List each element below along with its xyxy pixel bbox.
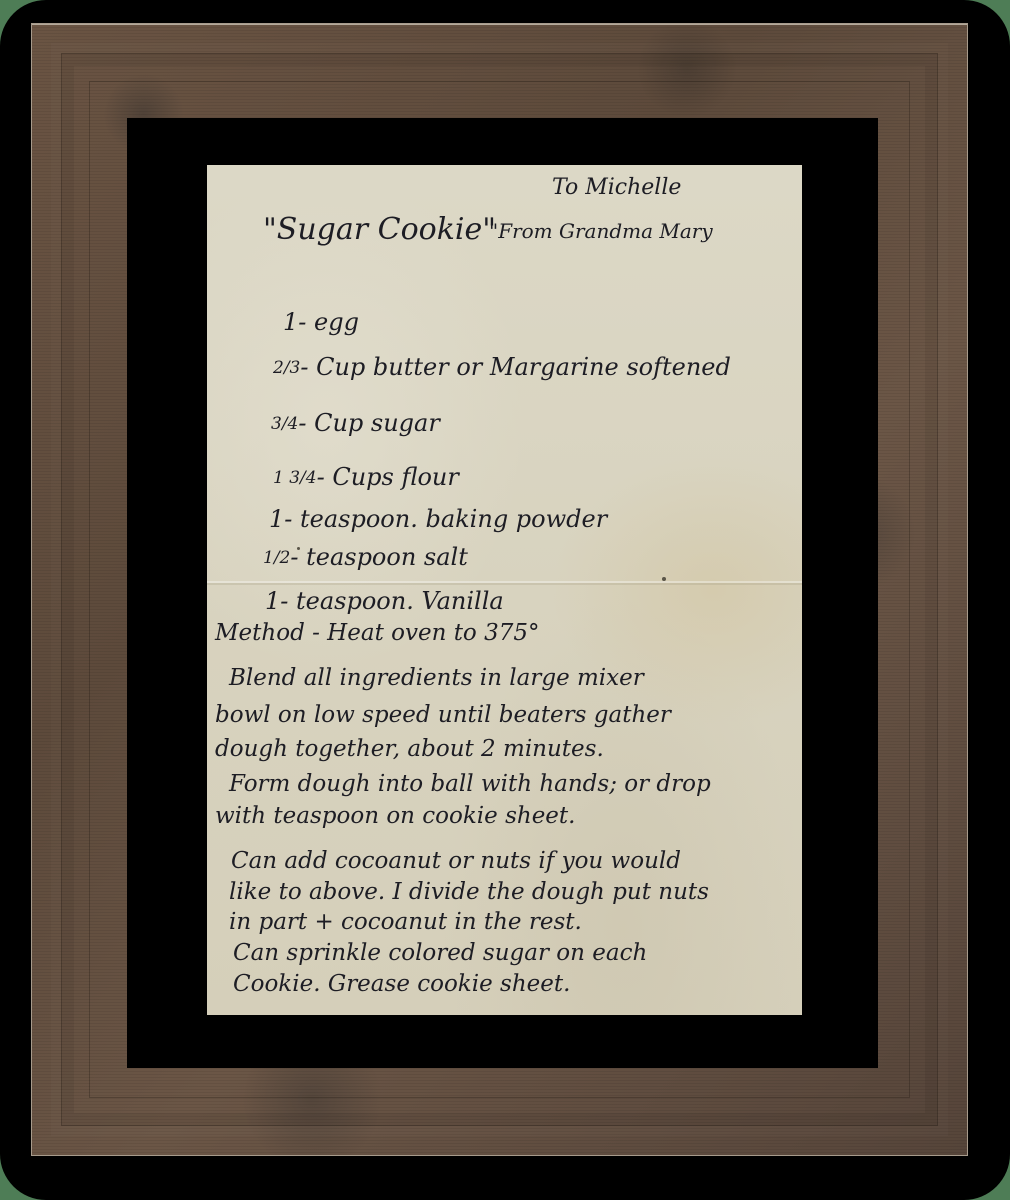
method-line: bowl on low speed until beaters gather [215,704,671,727]
ingredient-text: - egg [298,308,359,336]
ingredient-qty: 3/4 [271,417,298,432]
ingredient-text: - Cup butter or Margarine softened [300,353,731,381]
ingredient-text: - Cups flour [317,463,459,491]
method-line: Blend all ingredients in large mixer [229,667,644,690]
ingredient-qty: 1 [283,308,298,336]
dedication-from: "From Grandma Mary [489,221,713,241]
ingredient-qty: 1/2 [263,551,290,566]
ingredient-line: 3/4- Cup sugar [271,411,440,435]
ingredient-line: 1 3/4- Cups flour [273,465,459,489]
method-line: dough together, about 2 minutes. [215,738,604,761]
note-line: in part + cocoanut in the rest. [229,911,582,934]
ingredient-text: - teaspoon. Vanilla [280,587,503,615]
ingredient-text: - teaspoon salt [290,543,468,571]
note-line: Can add cocoanut or nuts if you would [231,850,681,873]
recipe-card: To Michelle "Sugar Cookie" "From Grandma… [207,165,802,1015]
ingredient-line: 1- teaspoon. Vanilla [265,589,504,613]
method-line: with teaspoon on cookie sheet. [215,805,575,828]
ingredient-line: 2/3- Cup butter or Margarine softened [273,355,731,379]
paper-speck [662,577,666,581]
ingredient-qty: 2/3 [273,361,300,376]
ingredient-line: 1- egg [283,310,359,334]
method-heading: Method - Heat oven to 375° [215,622,540,645]
ingredient-qty: 1 [269,505,284,533]
note-line: Cookie. Grease cookie sheet. [233,973,570,996]
note-line: Can sprinkle colored sugar on each [233,942,647,965]
ingredient-text: - teaspoon. baking powder [284,505,607,533]
paper-fold-line [207,581,802,583]
ingredient-line: 1- teaspoon. baking powder [269,507,607,531]
dedication-to: To Michelle [552,177,681,199]
ingredient-line: 1/2- teaspoon salt [263,545,468,569]
note-line: like to above. I divide the dough put nu… [229,881,709,904]
method-line: Form dough into ball with hands; or drop [229,773,711,796]
ingredient-qty: 1 3/4 [273,471,317,486]
ingredient-qty: 1 [265,587,280,615]
ingredient-text: - Cup sugar [298,409,439,437]
recipe-title: "Sugar Cookie" [263,215,496,245]
